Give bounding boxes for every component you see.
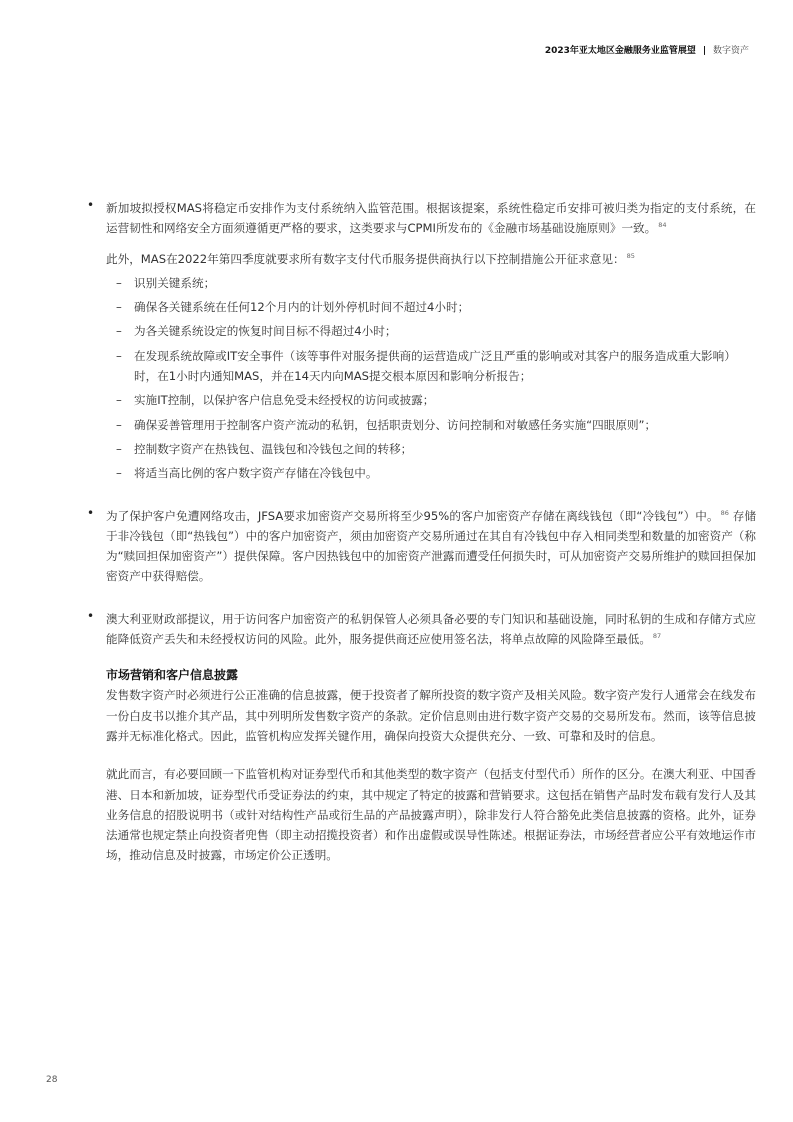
dash-icon: – bbox=[116, 439, 122, 459]
dash-icon: – bbox=[116, 273, 122, 293]
list-item: –确保妥善管理用于控制客户资产流动的私钥，包括职责划分、访问控制和对敏感任务实施… bbox=[116, 415, 756, 435]
bullet-text: 新加坡拟授权MAS将稳定币安排作为支付系统纳入监管范围。根据该提案，系统性稳定币… bbox=[106, 198, 756, 239]
page-number: 28 bbox=[46, 1075, 57, 1085]
dash-icon: – bbox=[116, 390, 122, 410]
header-separator: | bbox=[703, 46, 706, 56]
bullet-icon: • bbox=[87, 506, 94, 520]
intro-paragraph: 此外，MAS在2022年第四季度就要求所有数字支付代币服务提供商执行以下控制措施… bbox=[106, 249, 756, 269]
footnote-ref: 87 bbox=[653, 632, 661, 640]
bullet-icon: • bbox=[87, 609, 94, 623]
dash-icon: – bbox=[116, 346, 122, 366]
header-section: 数字资产 bbox=[713, 46, 749, 56]
dash-icon: – bbox=[116, 463, 122, 483]
dash-icon: – bbox=[116, 297, 122, 317]
bullet-item-australia: • 澳大利亚财政部提议，用于访问客户加密资产的私钥保管人必须具备必要的专门知识和… bbox=[87, 609, 756, 650]
control-measures-list: –识别关键系统； –确保各关键系统在任何12个月内的计划外停机时间不超过4小时；… bbox=[106, 273, 756, 484]
list-item: –控制数字资产在热钱包、温钱包和冷钱包之间的转移； bbox=[116, 439, 756, 459]
section-paragraph: 发售数字资产时必须进行公正准确的信息披露，便于投资者了解所投资的数字资产及相关风… bbox=[106, 685, 756, 746]
footnote-ref: 85 bbox=[627, 252, 635, 260]
footnote-ref: 86 bbox=[721, 509, 729, 517]
bullet-icon: • bbox=[87, 198, 94, 212]
section-heading: 市场营销和客户信息披露 bbox=[106, 665, 756, 685]
bullet-item-japan: • 为了保护客户免遭网络攻击，JFSA要求加密资产交易所将至少95%的客户加密资… bbox=[87, 506, 756, 587]
page-body: • 新加坡拟授权MAS将稳定币安排作为支付系统纳入监管范围。根据该提案，系统性稳… bbox=[106, 198, 756, 866]
dash-icon: – bbox=[116, 321, 122, 341]
bullet-text: 为了保护客户免遭网络攻击，JFSA要求加密资产交易所将至少95%的客户加密资产存… bbox=[106, 506, 756, 587]
running-header: 2023年亚太地区金融服务业监管展望 | 数字资产 bbox=[545, 43, 749, 56]
list-item: –在发现系统故障或IT安全事件（该等事件对服务提供商的运营造成广泛且严重的影响或… bbox=[116, 346, 756, 387]
bullet-text: 澳大利亚财政部提议，用于访问客户加密资产的私钥保管人必须具备必要的专门知识和基础… bbox=[106, 609, 756, 650]
list-item: –确保各关键系统在任何12个月内的计划外停机时间不超过4小时； bbox=[116, 297, 756, 317]
bullet-item-singapore: • 新加坡拟授权MAS将稳定币安排作为支付系统纳入监管范围。根据该提案，系统性稳… bbox=[87, 198, 756, 239]
list-item: –实施IT控制，以保护客户信息免受未经授权的访问或披露； bbox=[116, 390, 756, 410]
list-item: –将适当高比例的客户数字资产存储在冷钱包中。 bbox=[116, 463, 756, 483]
list-item: –为各关键系统设定的恢复时间目标不得超过4小时； bbox=[116, 321, 756, 341]
section-paragraph: 就此而言，有必要回顾一下监管机构对证券型代币和其他类型的数字资产（包括支付型代币… bbox=[106, 764, 756, 865]
dash-icon: – bbox=[116, 415, 122, 435]
report-title: 2023年亚太地区金融服务业监管展望 bbox=[545, 46, 696, 56]
list-item: –识别关键系统； bbox=[116, 273, 756, 293]
footnote-ref: 84 bbox=[658, 221, 666, 229]
